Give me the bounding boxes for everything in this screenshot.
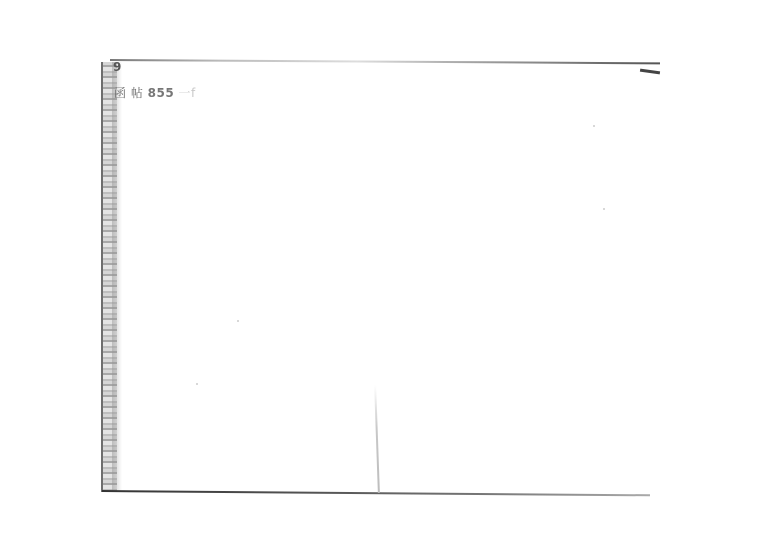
label-suffix: 一f: [179, 86, 196, 100]
label-prefix: 函 帖: [114, 86, 143, 100]
label-number: 855: [148, 86, 175, 100]
document-sheet: [108, 60, 660, 496]
spine-shadow: [112, 62, 122, 492]
speck: [237, 320, 239, 322]
speck: [593, 125, 595, 127]
speck: [603, 208, 605, 210]
catalog-label: 函 帖 855 一f: [114, 84, 196, 101]
speck: [196, 383, 198, 385]
corner-mark: 9: [113, 60, 121, 74]
